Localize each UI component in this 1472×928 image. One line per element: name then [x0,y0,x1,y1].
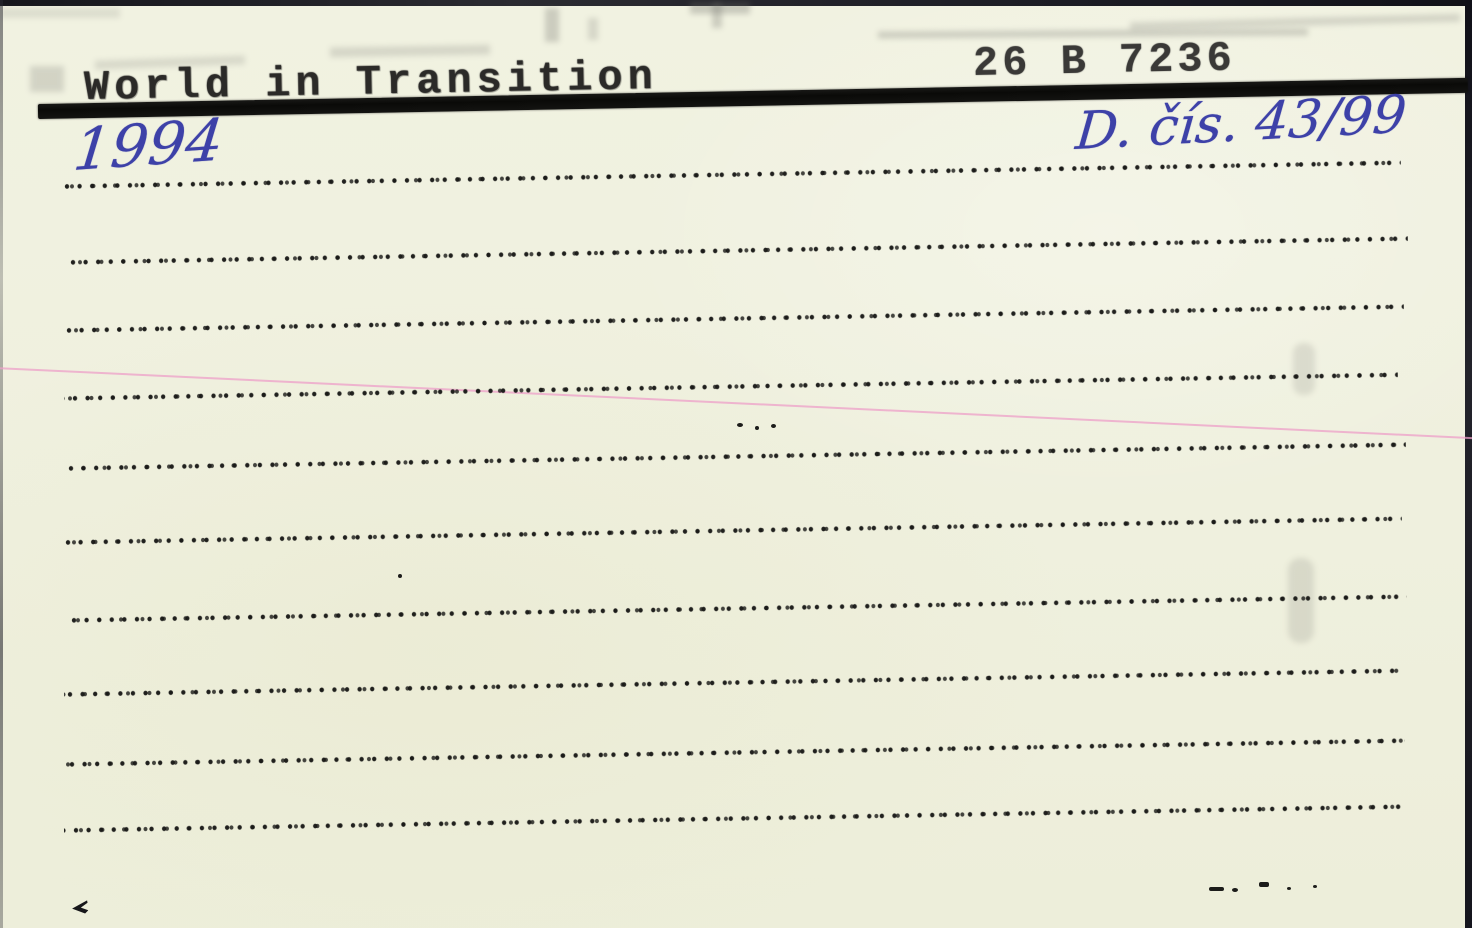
dotted-rule-line [64,737,1405,768]
ink-smudge [545,8,559,42]
ink-smudge [0,8,120,18]
dotted-rule-line [64,441,1406,472]
ink-speck [1287,887,1291,890]
ink-smudge [330,45,490,58]
dotted-rule-line [64,371,1398,402]
dotted-rule-line [64,235,1408,266]
dotted-rule-line [64,303,1404,334]
dotted-rule-line [64,593,1407,624]
arrowhead-mark [71,900,88,915]
ink-speck [771,424,776,428]
call-number: 26 B 7236 [972,35,1236,88]
scan-edge-right [1465,0,1472,928]
ink-speck [1313,885,1317,888]
dotted-rule-line [64,159,1401,190]
dotted-rule-line [64,803,1403,834]
ink-speck [737,423,743,427]
ink-speck [1259,882,1269,887]
ink-speck [755,426,759,430]
ink-smudge [1293,343,1315,395]
ink-speck [1209,887,1224,891]
ink-smudge [30,66,64,92]
ink-smudge [588,18,598,40]
ink-smudge [712,2,722,28]
scan-edge-left [0,0,3,928]
ink-speck [1232,888,1238,892]
year-handwritten: 1994 [70,106,226,184]
dotted-rule-line [64,515,1402,546]
ink-speck [398,574,402,578]
dotted-rule-line [64,667,1400,698]
catalog-card-surface: World in Transition 26 B 7236 1994 D. čí… [0,0,1472,928]
